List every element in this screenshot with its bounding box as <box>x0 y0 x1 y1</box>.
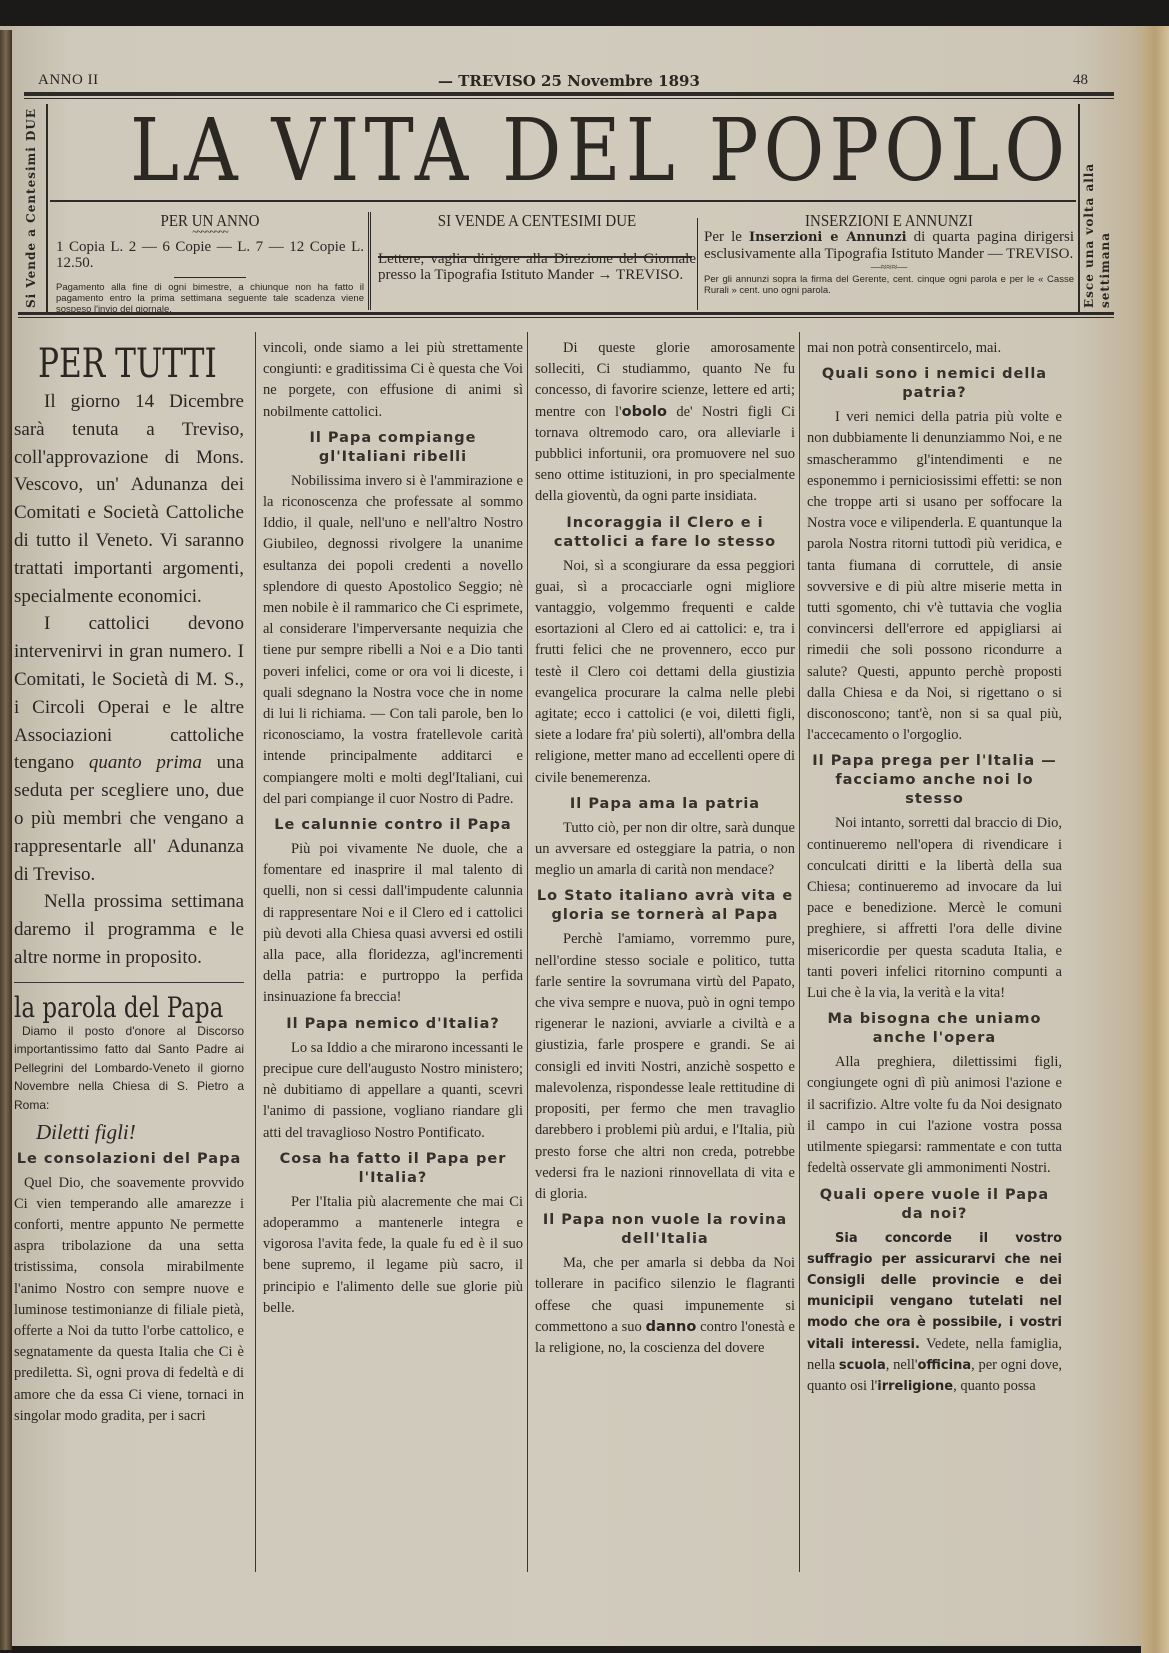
column-rule <box>255 332 256 1572</box>
subheading: Il Papa nemico d'Italia? <box>263 1015 523 1034</box>
subheading: Il Papa non vuole la rovina dell'Italia <box>535 1211 795 1249</box>
column-rule <box>527 332 528 1572</box>
per-tutti-article: Il giorno 14 Dicembre sarà tenuta a Trev… <box>14 388 244 972</box>
section-title-parola-del-papa: la parola del Papa <box>14 997 203 1018</box>
subheading: Lo Stato italiano avrà vita e gloria se … <box>535 887 795 925</box>
column-2: vincoli, onde siamo a lei più strettamen… <box>263 338 523 1319</box>
discourse-intro: Diamo il posto d'onore al Discorso impor… <box>14 1022 244 1115</box>
subheading: Il Papa ama la patria <box>535 795 795 814</box>
page-edge <box>1141 26 1169 1653</box>
dateline: ANNO II — TREVISO 25 Novembre 1893 48 <box>38 72 1088 92</box>
newspaper-title: LA VITA DEL POPOLO <box>130 106 878 196</box>
right-side-note: Esce una volta alla settimana <box>1082 108 1122 308</box>
top-rule-thin <box>24 98 1114 99</box>
sale-text: Lettere, vaglia dirigere alla Direzione … <box>378 251 696 283</box>
ads-box: INSERZIONI E ANNUNZI Per le Inserzioni e… <box>700 212 1078 324</box>
sub-divider-2 <box>697 218 698 310</box>
column-3: Di queste glorie amorosamente solleciti,… <box>535 338 795 1359</box>
top-rule <box>24 92 1114 96</box>
sub-divider-1b <box>370 212 371 310</box>
ads-text: Per le Inserzioni e Annunzi di quarta pa… <box>700 229 1078 262</box>
subheading: Quali opere vuole il Papa da noi? <box>807 1186 1062 1224</box>
ornament: ~~~~~~~~ <box>56 229 364 239</box>
subscription-prices: 1 Copia L. 2 — 6 Copie — L. 7 — 12 Copie… <box>56 239 364 271</box>
binding-spine <box>0 30 12 1650</box>
subheading: Le consolazioni del Papa <box>14 1150 244 1169</box>
sub-divider-1 <box>368 212 369 310</box>
frame-left <box>46 104 48 314</box>
frame-right <box>1078 104 1080 314</box>
date-line: — TREVISO 25 Novembre 1893 <box>438 72 700 90</box>
subheading: Le calunnie contro il Papa <box>263 816 523 835</box>
subscription-box: PER UN ANNO ~~~~~~~~ 1 Copia L. 2 — 6 Co… <box>56 212 364 324</box>
ads-heading: INSERZIONI E ANNUNZI <box>723 212 1056 229</box>
column-rule <box>799 332 800 1572</box>
column-1: PER TUTTI Il giorno 14 Dicembre sarà ten… <box>14 338 244 1427</box>
volume-label: ANNO II <box>38 72 99 89</box>
page-number: 48 <box>1073 72 1088 89</box>
subheading: Il Papa compiange gl'Italiani ribelli <box>263 429 523 467</box>
subheading: Il Papa prega per l'Italia — facciamo an… <box>807 752 1062 809</box>
ads-note: Per gli annunzi sopra la firma del Geren… <box>700 274 1078 296</box>
divider <box>14 982 244 983</box>
subheading: Quali sono i nemici della patria? <box>807 365 1062 403</box>
subheading: Ma bisogna che uniamo anche l'opera <box>807 1010 1062 1048</box>
subheading: Incoraggia il Clero e i cattolici a fare… <box>535 514 795 552</box>
sale-heading: SI VENDE A CENTESIMI DUE <box>397 212 677 229</box>
greeting: Diletti figli! <box>36 1122 244 1143</box>
sale-box: SI VENDE A CENTESIMI DUE Lettere, vaglia… <box>378 212 696 324</box>
subscription-heading: PER UN ANNO <box>74 212 345 229</box>
column-4: mai non potrà consentircelo, mai. Quali … <box>807 338 1062 1397</box>
subscription-note: Pagamento alla fine di ogni bimestre, a … <box>56 282 364 315</box>
subheading: Cosa ha fatto il Papa per l'Italia? <box>263 1150 523 1188</box>
left-side-note: Si Vende a Centesimi DUE <box>24 108 46 308</box>
ornament: —≈≈≈— <box>700 262 1078 274</box>
headline-per-tutti: PER TUTTI <box>38 342 199 386</box>
divider <box>174 277 246 278</box>
